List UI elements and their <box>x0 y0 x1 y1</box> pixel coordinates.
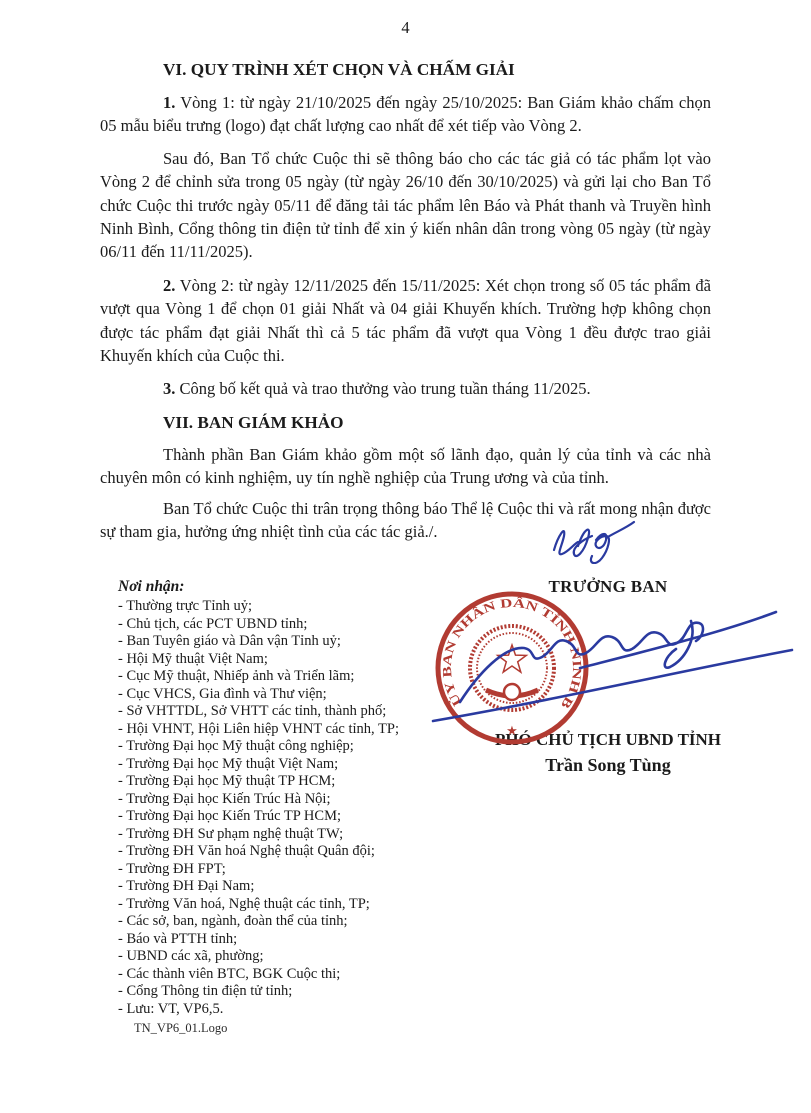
document-body: VI. QUY TRÌNH XÉT CHỌN VÀ CHẤM GIẢI 1. V… <box>100 58 711 544</box>
list-item: - Trường ĐH Sư phạm nghệ thuật TW; <box>118 826 448 844</box>
section-heading-vii: VII. BAN GIÁM KHẢO <box>163 411 711 435</box>
paragraph-round1: 1. Vòng 1: từ ngày 21/10/2025 đến ngày 2… <box>100 91 711 138</box>
recipients-list: - Thường trực Tỉnh uỷ; - Chủ tịch, các P… <box>118 598 448 1018</box>
list-item: - Chủ tịch, các PCT UBND tỉnh; <box>118 616 448 634</box>
document-page: 4 VI. QUY TRÌNH XÉT CHỌN VÀ CHẤM GIẢI 1.… <box>0 0 811 1113</box>
list-item: - Cổng Thông tin điện tử tỉnh; <box>118 983 448 1001</box>
list-item: - Cục Mỹ thuật, Nhiếp ảnh và Triển lãm; <box>118 668 448 686</box>
list-item: - Sở VHTTDL, Sở VHTT các tỉnh, thành phố… <box>118 703 448 721</box>
list-item: - Cục VHCS, Gia đình và Thư viện; <box>118 686 448 704</box>
paragraph-round2: 2. Vòng 2: từ ngày 12/11/2025 đến 15/11/… <box>100 274 711 368</box>
section-heading-vi: VI. QUY TRÌNH XÉT CHỌN VÀ CHẤM GIẢI <box>163 58 711 82</box>
document-code: TN_VP6_01.Logo <box>134 1020 448 1038</box>
list-item: - Các sở, ban, ngành, đoàn thể của tỉnh; <box>118 913 448 931</box>
paragraph-text: Sau đó, Ban Tổ chức Cuộc thi sẽ thông bá… <box>100 149 711 262</box>
list-item: - Trường Văn hoá, Nghệ thuật các tỉnh, T… <box>118 896 448 914</box>
list-item: - Thường trực Tỉnh uỷ; <box>118 598 448 616</box>
paragraph-marker: 2. <box>163 276 175 295</box>
paragraph-text: Công bố kết quả và trao thưởng vào trung… <box>175 379 590 398</box>
paragraph-marker: 3. <box>163 379 175 398</box>
list-item: - Trường ĐH Đại Nam; <box>118 878 448 896</box>
list-item: - Ban Tuyên giáo và Dân vận Tỉnh uỷ; <box>118 633 448 651</box>
paragraph-text: Thành phần Ban Giám khảo gồm một số lãnh… <box>100 445 711 487</box>
list-item: - Trường Đại học Mỹ thuật TP HCM; <box>118 773 448 791</box>
paragraph-jury: Thành phần Ban Giám khảo gồm một số lãnh… <box>100 443 711 490</box>
list-item: - Hội VHNT, Hội Liên hiệp VHNT các tỉnh,… <box>118 721 448 739</box>
recipients-block: Nơi nhận: - Thường trực Tỉnh uỷ; - Chủ t… <box>118 577 448 1038</box>
list-item: - Trường ĐH Văn hoá Nghệ thuật Quân đội; <box>118 843 448 861</box>
list-item: - Báo và PTTH tỉnh; <box>118 931 448 949</box>
page-number: 4 <box>0 18 811 38</box>
list-item: - Hội Mỹ thuật Việt Nam; <box>118 651 448 669</box>
paragraph-marker: 1. <box>163 93 175 112</box>
list-item: - Trường Đại học Mỹ thuật công nghiệp; <box>118 738 448 756</box>
paragraph-notice: Sau đó, Ban Tổ chức Cuộc thi sẽ thông bá… <box>100 147 711 264</box>
list-item: - Trường Đại học Kiến Trúc Hà Nội; <box>118 791 448 809</box>
paragraph-results: 3. Công bố kết quả và trao thưởng vào tr… <box>100 377 711 400</box>
list-item: - Trường ĐH FPT; <box>118 861 448 879</box>
list-item: - Lưu: VT, VP6,5. <box>118 1001 448 1019</box>
paragraph-text: Vòng 2: từ ngày 12/11/2025 đến 15/11/202… <box>100 276 711 365</box>
recipients-label: Nơi nhận: <box>118 577 448 596</box>
list-item: - Trường Đại học Kiến Trúc TP HCM; <box>118 808 448 826</box>
paragraph-text: Vòng 1: từ ngày 21/10/2025 đến ngày 25/1… <box>100 93 711 135</box>
list-item: - UBND các xã, phường; <box>118 948 448 966</box>
signature-scrawl <box>460 623 703 702</box>
handwritten-initials <box>548 512 638 564</box>
list-item: - Các thành viên BTC, BGK Cuộc thi; <box>118 966 448 984</box>
list-item: - Trường Đại học Mỹ thuật Việt Nam; <box>118 756 448 774</box>
handwritten-signature <box>420 560 811 790</box>
